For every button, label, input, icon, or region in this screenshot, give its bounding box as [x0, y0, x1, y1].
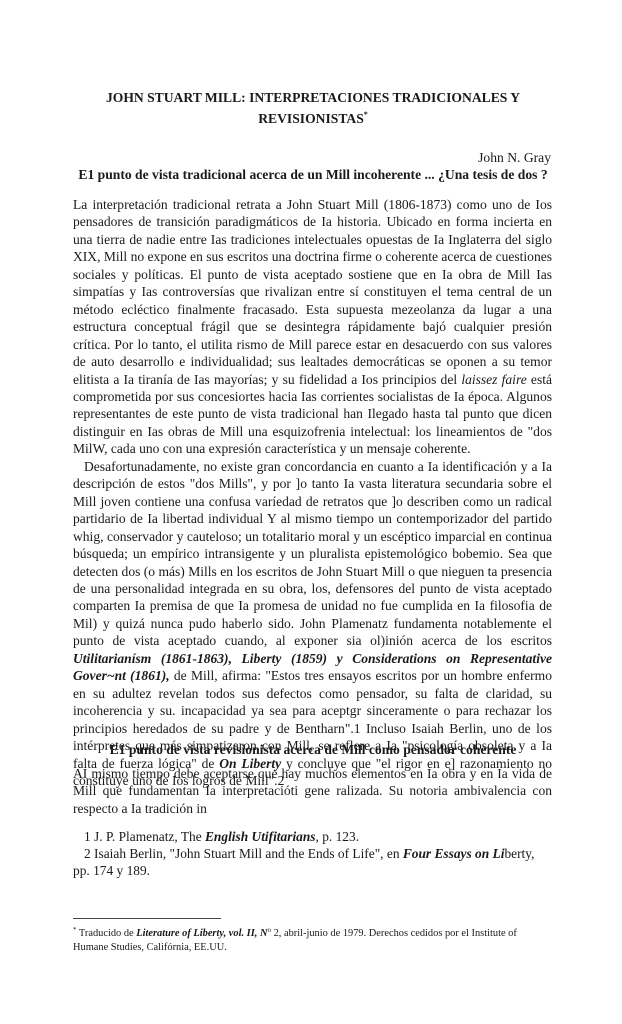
title-line-1: JOHN STUART MILL: INTERPRETACIONES TRADI… [73, 89, 553, 106]
text-run: 2 Isaiah Berlin, "John Stuart Mill and t… [84, 846, 403, 861]
paragraph: AI mismo tiempo debe aceptarse que hay m… [73, 765, 552, 817]
endnote-2: 2 Isaiah Berlin, "John Stuart Mill and t… [73, 845, 552, 879]
paragraph: Desafortunadamente, no existe gran conco… [73, 458, 552, 790]
section-heading-traditional: E1 punto de vista tradicional acerca de … [73, 166, 553, 183]
title-footnote-marker[interactable]: * [364, 110, 368, 119]
section-body-revisionist: AI mismo tiempo debe aceptarse que hay m… [73, 765, 552, 817]
text-run: La interpretación tradicional retrata a … [73, 197, 552, 387]
footnote-divider [73, 918, 221, 919]
document-page: JOHN STUART MILL: INTERPRETACIONES TRADI… [0, 0, 622, 1024]
footnote: * Traducido de Literature of Liberty, vo… [73, 923, 553, 955]
text-run: Traducido de [77, 928, 137, 939]
title-line-2: REVISIONISTAS* [73, 106, 553, 127]
italic-term: laissez faire [461, 372, 526, 387]
text-run: Desafortunadamente, no existe gran conco… [73, 459, 552, 649]
document-title: JOHN STUART MILL: INTERPRETACIONES TRADI… [73, 89, 553, 127]
endnotes: 1 J. P. Plamenatz, The English Utifitari… [73, 828, 552, 880]
work-title: Four Essays on Li [403, 846, 505, 861]
endnote-1: 1 J. P. Plamenatz, The English Utifitari… [73, 828, 552, 845]
work-title: English Utifitarians [205, 829, 316, 844]
section-heading-revisionist: E1 punto de vista revisionista acerca de… [73, 741, 553, 758]
work-title: Utilitarianísm (1861-1863), Liberty (185… [73, 651, 327, 666]
author-name: John N. Gray [478, 149, 551, 166]
text-run: y [327, 651, 352, 666]
title-line-2-text: REVISIONISTAS [258, 111, 364, 126]
work-title: Literature of Liberty, vol. II, N [136, 928, 267, 939]
text-run: 1 J. P. Plamenatz, The [84, 829, 205, 844]
paragraph: La interpretación tradicional retrata a … [73, 196, 552, 458]
text-run: , p. 123. [316, 829, 360, 844]
footnote-text: * Traducido de Literature of Liberty, vo… [73, 923, 553, 955]
section-body-traditional: La interpretación tradicional retrata a … [73, 196, 552, 789]
